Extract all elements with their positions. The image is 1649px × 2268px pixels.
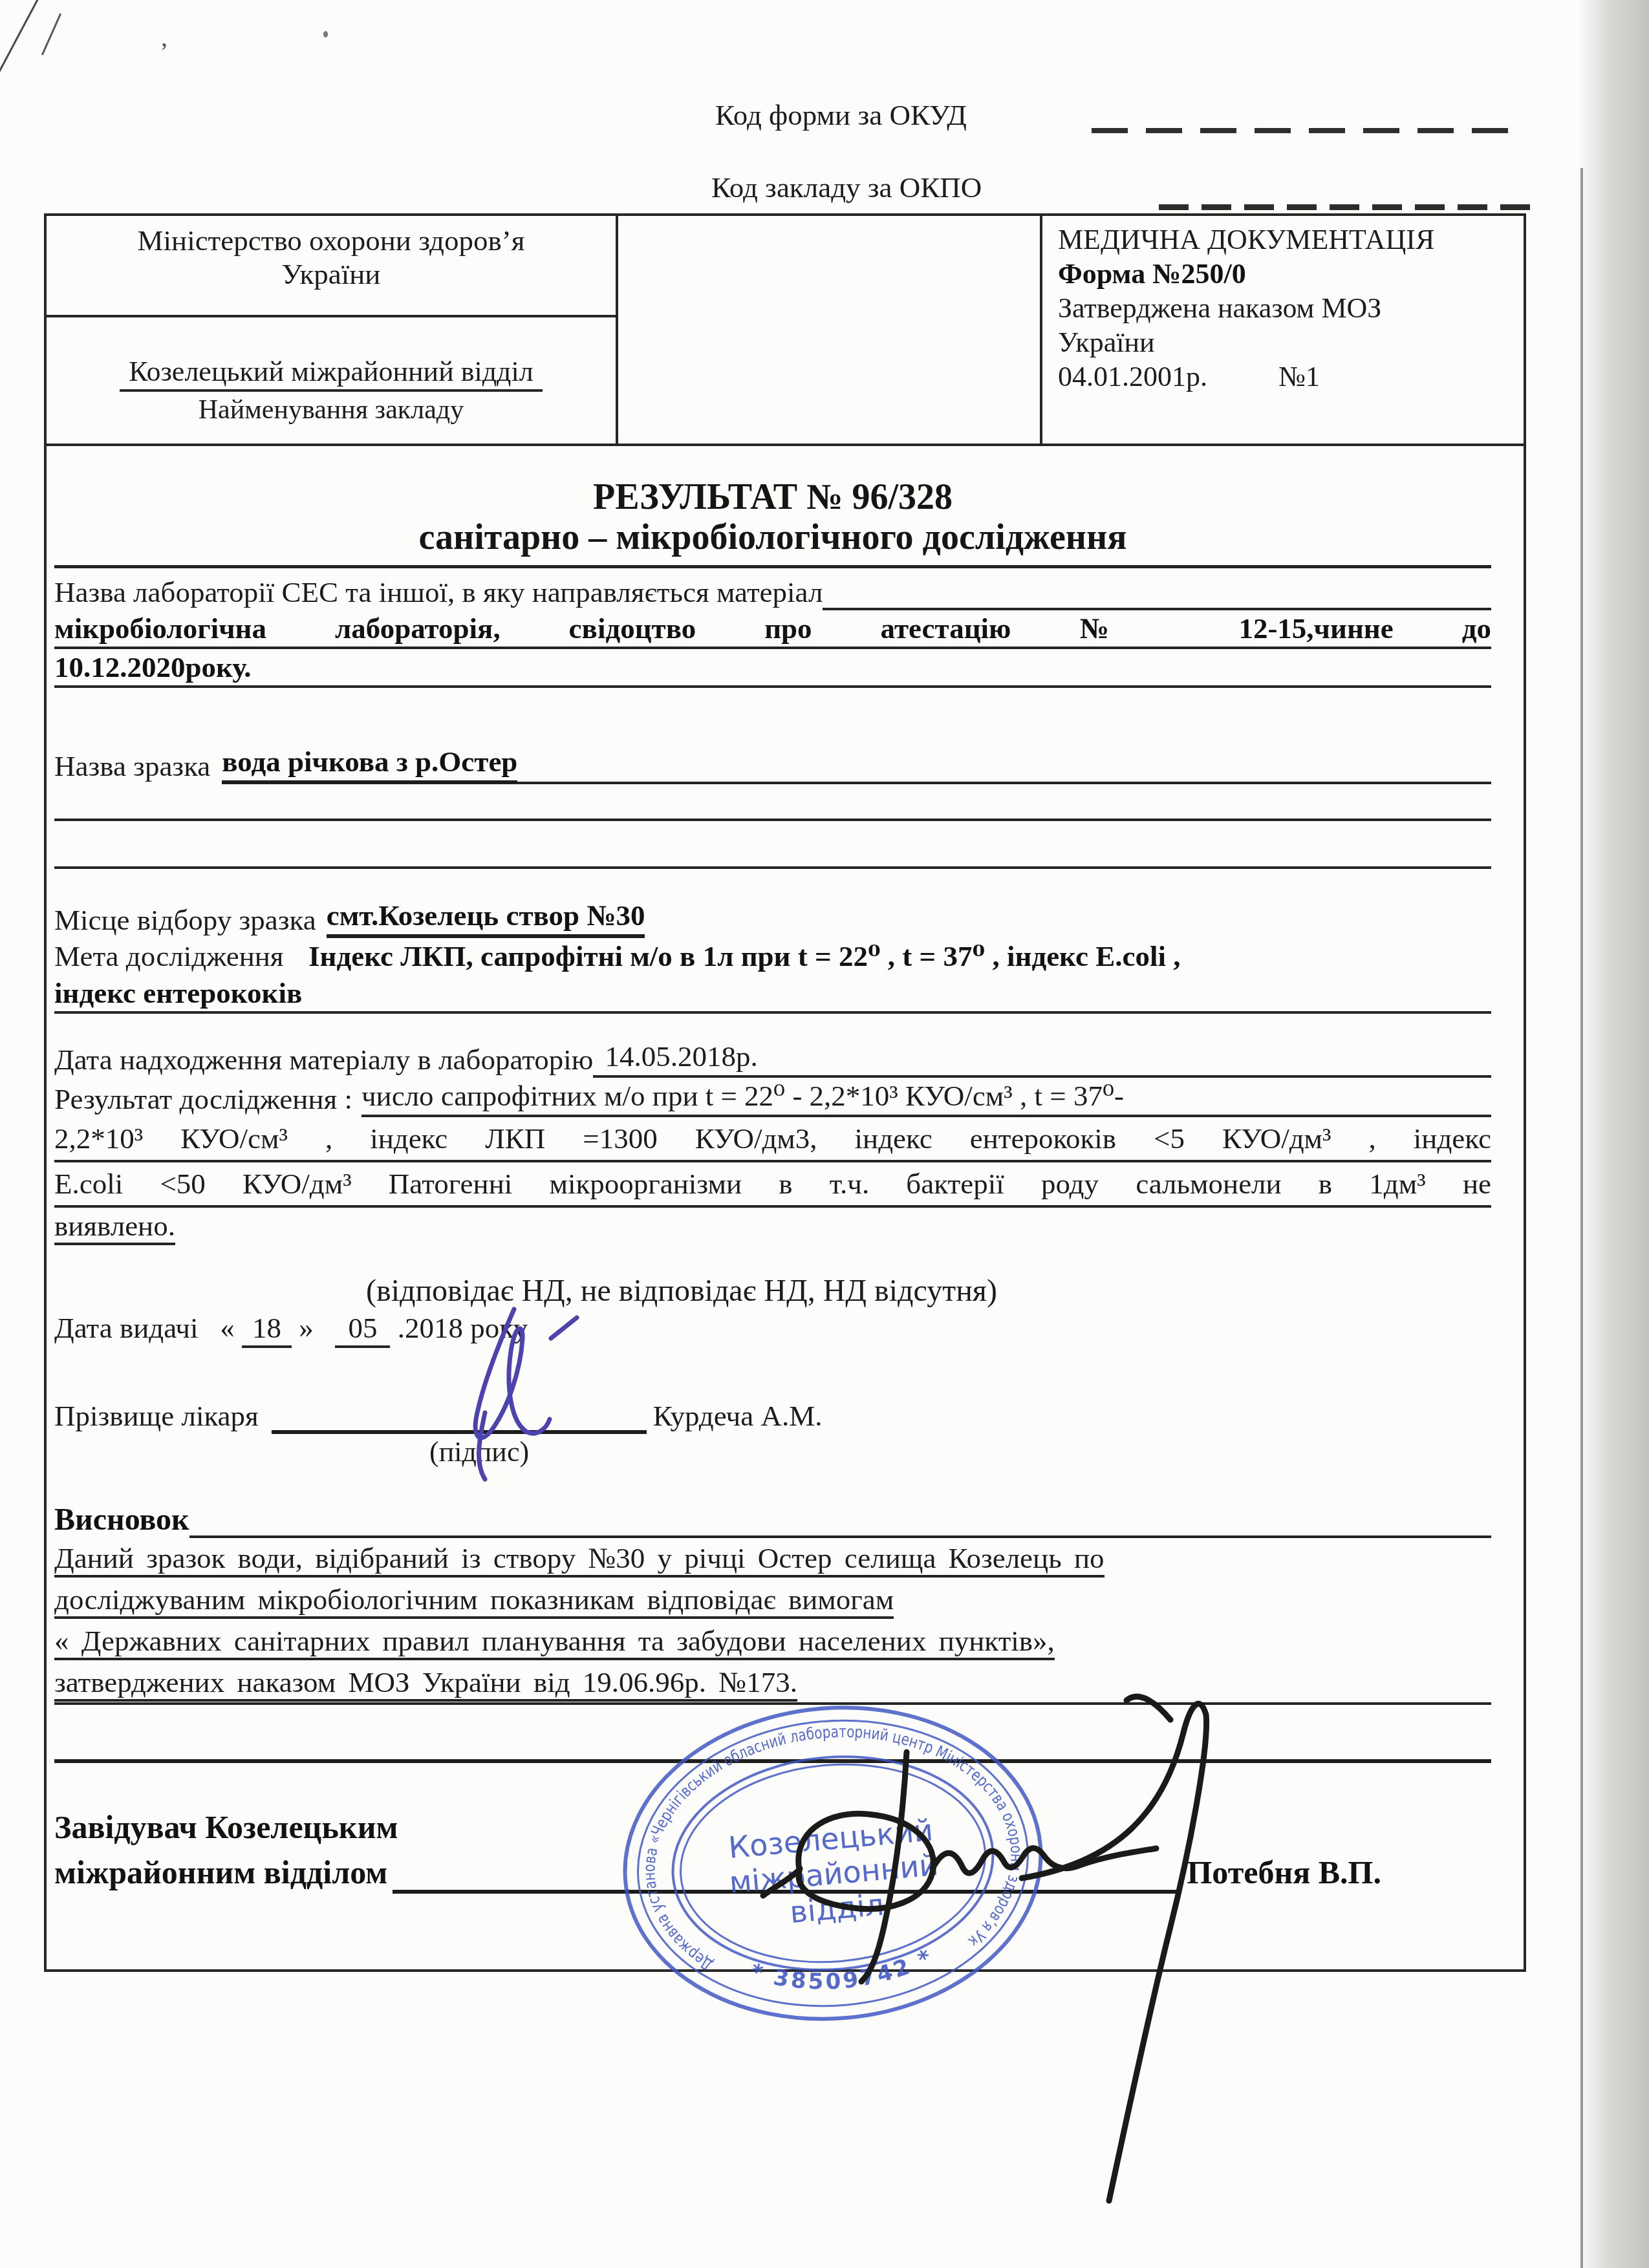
- institution-caption: Найменування закладу: [47, 394, 616, 425]
- okpo-dash-row: [1159, 204, 1534, 210]
- signature-caption: (підпис): [429, 1434, 1491, 1471]
- scan-edge-shadow: [1578, 0, 1649, 2268]
- scan-speck: ’: [160, 36, 168, 67]
- result-line4: виявлено.: [54, 1210, 175, 1245]
- sampling-place-label: Місце відбору зразка: [54, 902, 316, 938]
- approved-number: №1: [1278, 359, 1320, 394]
- conclusion-label: Висновок: [54, 1502, 189, 1538]
- approved-line2: України: [1058, 325, 1517, 359]
- doc-type: МЕДИЧНА ДОКУМЕНТАЦІЯ: [1058, 222, 1517, 257]
- result-line3: E.coli <50 КУО/дм³ Патогенні мікрооргані…: [54, 1162, 1491, 1208]
- svg-text:* 38509742 *: * 38509742 *: [746, 1943, 940, 2002]
- institution-cell: Козелецький міжрайонний відділ Найменува…: [47, 317, 616, 444]
- doctor-label: Прізвище лікаря: [54, 1398, 259, 1434]
- sample-name-row: Назва зразка вода річкова з р.Остер: [54, 744, 1491, 784]
- conclusion-line3-row: « Державних санітарних правил планування…: [54, 1621, 1491, 1662]
- header-ministry-cell: Міністерство охорони здоров’я України Ко…: [47, 216, 618, 444]
- result-label: Результат дослідження :: [54, 1081, 352, 1117]
- doctor-row: Прізвище лікаря Курдеча А.М.: [54, 1389, 1491, 1434]
- scanned-document-page: ’ Код форми за ОКУД Код закладу за ОКПО …: [0, 0, 1649, 2268]
- issue-quote-close: »: [299, 1312, 314, 1344]
- received-date-label: Дата надходження матеріалу в лабораторію: [54, 1042, 593, 1078]
- received-date-row: Дата надходження матеріалу в лабораторію…: [54, 1038, 1491, 1078]
- blank-ruled-line: [54, 821, 1491, 869]
- purpose-value-line1: Індекс ЛКП, сапрофітні м/о в 1л при t = …: [308, 940, 1180, 972]
- header-empty-cell: [618, 216, 1042, 444]
- result-line2: 2,2*10³ КУО/см³ , індекс ЛКП =1300 КУО/д…: [54, 1117, 1491, 1162]
- approved-line1: Затверджена наказом МОЗ: [1058, 291, 1517, 325]
- scan-edge-line: [1580, 168, 1583, 2268]
- scan-corner-artifact: [0, 0, 41, 80]
- head-name: Потебня В.П.: [1187, 1851, 1381, 1894]
- scan-speck: [323, 31, 328, 37]
- okud-code-label: Код форми за ОКУД: [715, 98, 967, 132]
- conclusion-line4: затверджених наказом МОЗ України від 19.…: [54, 1666, 797, 1702]
- conclusion-line2-row: досліджуваним мікробіологічним показника…: [54, 1579, 1491, 1621]
- issue-date-label: Дата видачі: [54, 1312, 198, 1344]
- header-table: Міністерство охорони здоров’я України Ко…: [44, 213, 1526, 446]
- form-number: Форма №250/0: [1058, 257, 1517, 291]
- okpo-code-label: Код закладу за ОКПО: [711, 171, 982, 204]
- stamp-number: * 38509742 *: [746, 1943, 940, 2002]
- document-title: РЕЗУЛЬТАТ № 96/328 санітарно – мікробіол…: [54, 477, 1491, 557]
- sample-name-value: вода річкова з р.Остер: [222, 744, 517, 784]
- received-date-value: 14.05.2018р.: [593, 1038, 766, 1078]
- issue-month: 05: [335, 1312, 390, 1348]
- ministry-line2: України: [47, 257, 616, 291]
- header-doc-cell: МЕДИЧНА ДОКУМЕНТАЦІЯ Форма №250/0 Затвер…: [1042, 216, 1524, 444]
- stamp-center-line3: відділ: [788, 1887, 885, 1929]
- issue-day: 18: [242, 1312, 292, 1348]
- sample-name-blank: [517, 782, 1491, 784]
- doctor-name: Курдеча А.М.: [653, 1398, 823, 1434]
- purpose-row: Мета дослідження Індекс ЛКП, сапрофітні …: [54, 938, 1491, 975]
- blank-ruled-line: [54, 784, 1491, 821]
- doctor-signature-line: [272, 1424, 647, 1434]
- purpose-label: Мета дослідження: [54, 940, 284, 972]
- conclusion-line3: « Державних санітарних правил планування…: [54, 1625, 1055, 1660]
- official-round-stamp: Державна установа «Чернігівський обласни…: [605, 1681, 1061, 2046]
- title-line2: санітарно – мікробіологічного дослідженн…: [54, 517, 1491, 557]
- nd-note: (відповідає НД, не відповідає НД, НД від…: [366, 1273, 1491, 1310]
- lab-name-label: Назва лабораторії СЕС та іншої, в яку на…: [54, 574, 823, 610]
- sample-name-label: Назва зразка: [54, 748, 210, 784]
- conclusion-label-row: Висновок: [54, 1497, 1491, 1538]
- purpose-value-line2: індекс ентерококів: [54, 975, 1491, 1014]
- title-line1: РЕЗУЛЬТАТ № 96/328: [54, 477, 1491, 517]
- sampling-place-value: смт.Козелець створ №30: [327, 897, 645, 938]
- issue-tail: .2018 року: [398, 1312, 528, 1344]
- approved-date: 04.01.2001р.: [1058, 359, 1207, 394]
- result-row-1: Результат дослідження : число сапрофітни…: [54, 1078, 1491, 1117]
- conclusion-line1: Даний зразок води, відібраний із створу …: [54, 1542, 1105, 1578]
- lab-name-value-line2: 10.12.2020року.: [54, 649, 1491, 688]
- lab-name-row: Назва лабораторії СЕС та іншої, в яку на…: [54, 573, 1491, 610]
- okud-dash-row: [1092, 128, 1512, 133]
- ministry-name: Міністерство охорони здоров’я України: [47, 216, 616, 317]
- issue-quote-open: «: [220, 1312, 235, 1344]
- sampling-place-row: Місце відбору зразка смт.Козелець створ …: [54, 897, 1491, 938]
- title-divider: [54, 565, 1491, 568]
- lab-name-value-line1: мікробіологічна лабораторія, свідоцтво п…: [54, 610, 1491, 649]
- institution-name: Козелецький міжрайонний відділ: [120, 355, 542, 392]
- conclusion-line2: досліджуваним мікробіологічним показника…: [54, 1583, 894, 1619]
- result-row-4: виявлено.: [54, 1208, 1491, 1245]
- ministry-line1: Міністерство охорони здоров’я: [47, 224, 616, 257]
- issue-date-row: Дата видачі « 18 » 05 .2018 року: [54, 1310, 1491, 1350]
- conclusion-line4-row: затверджених наказом МОЗ України від 19.…: [54, 1662, 1491, 1705]
- head-title-line2: міжрайонним відділом: [54, 1851, 387, 1894]
- conclusion-line1-row: Даний зразок води, відібраний із створу …: [54, 1538, 1491, 1579]
- result-line1: число сапрофітних м/о при t = 22⁰ - 2,2*…: [361, 1078, 1124, 1117]
- scan-corner-artifact: [41, 13, 61, 55]
